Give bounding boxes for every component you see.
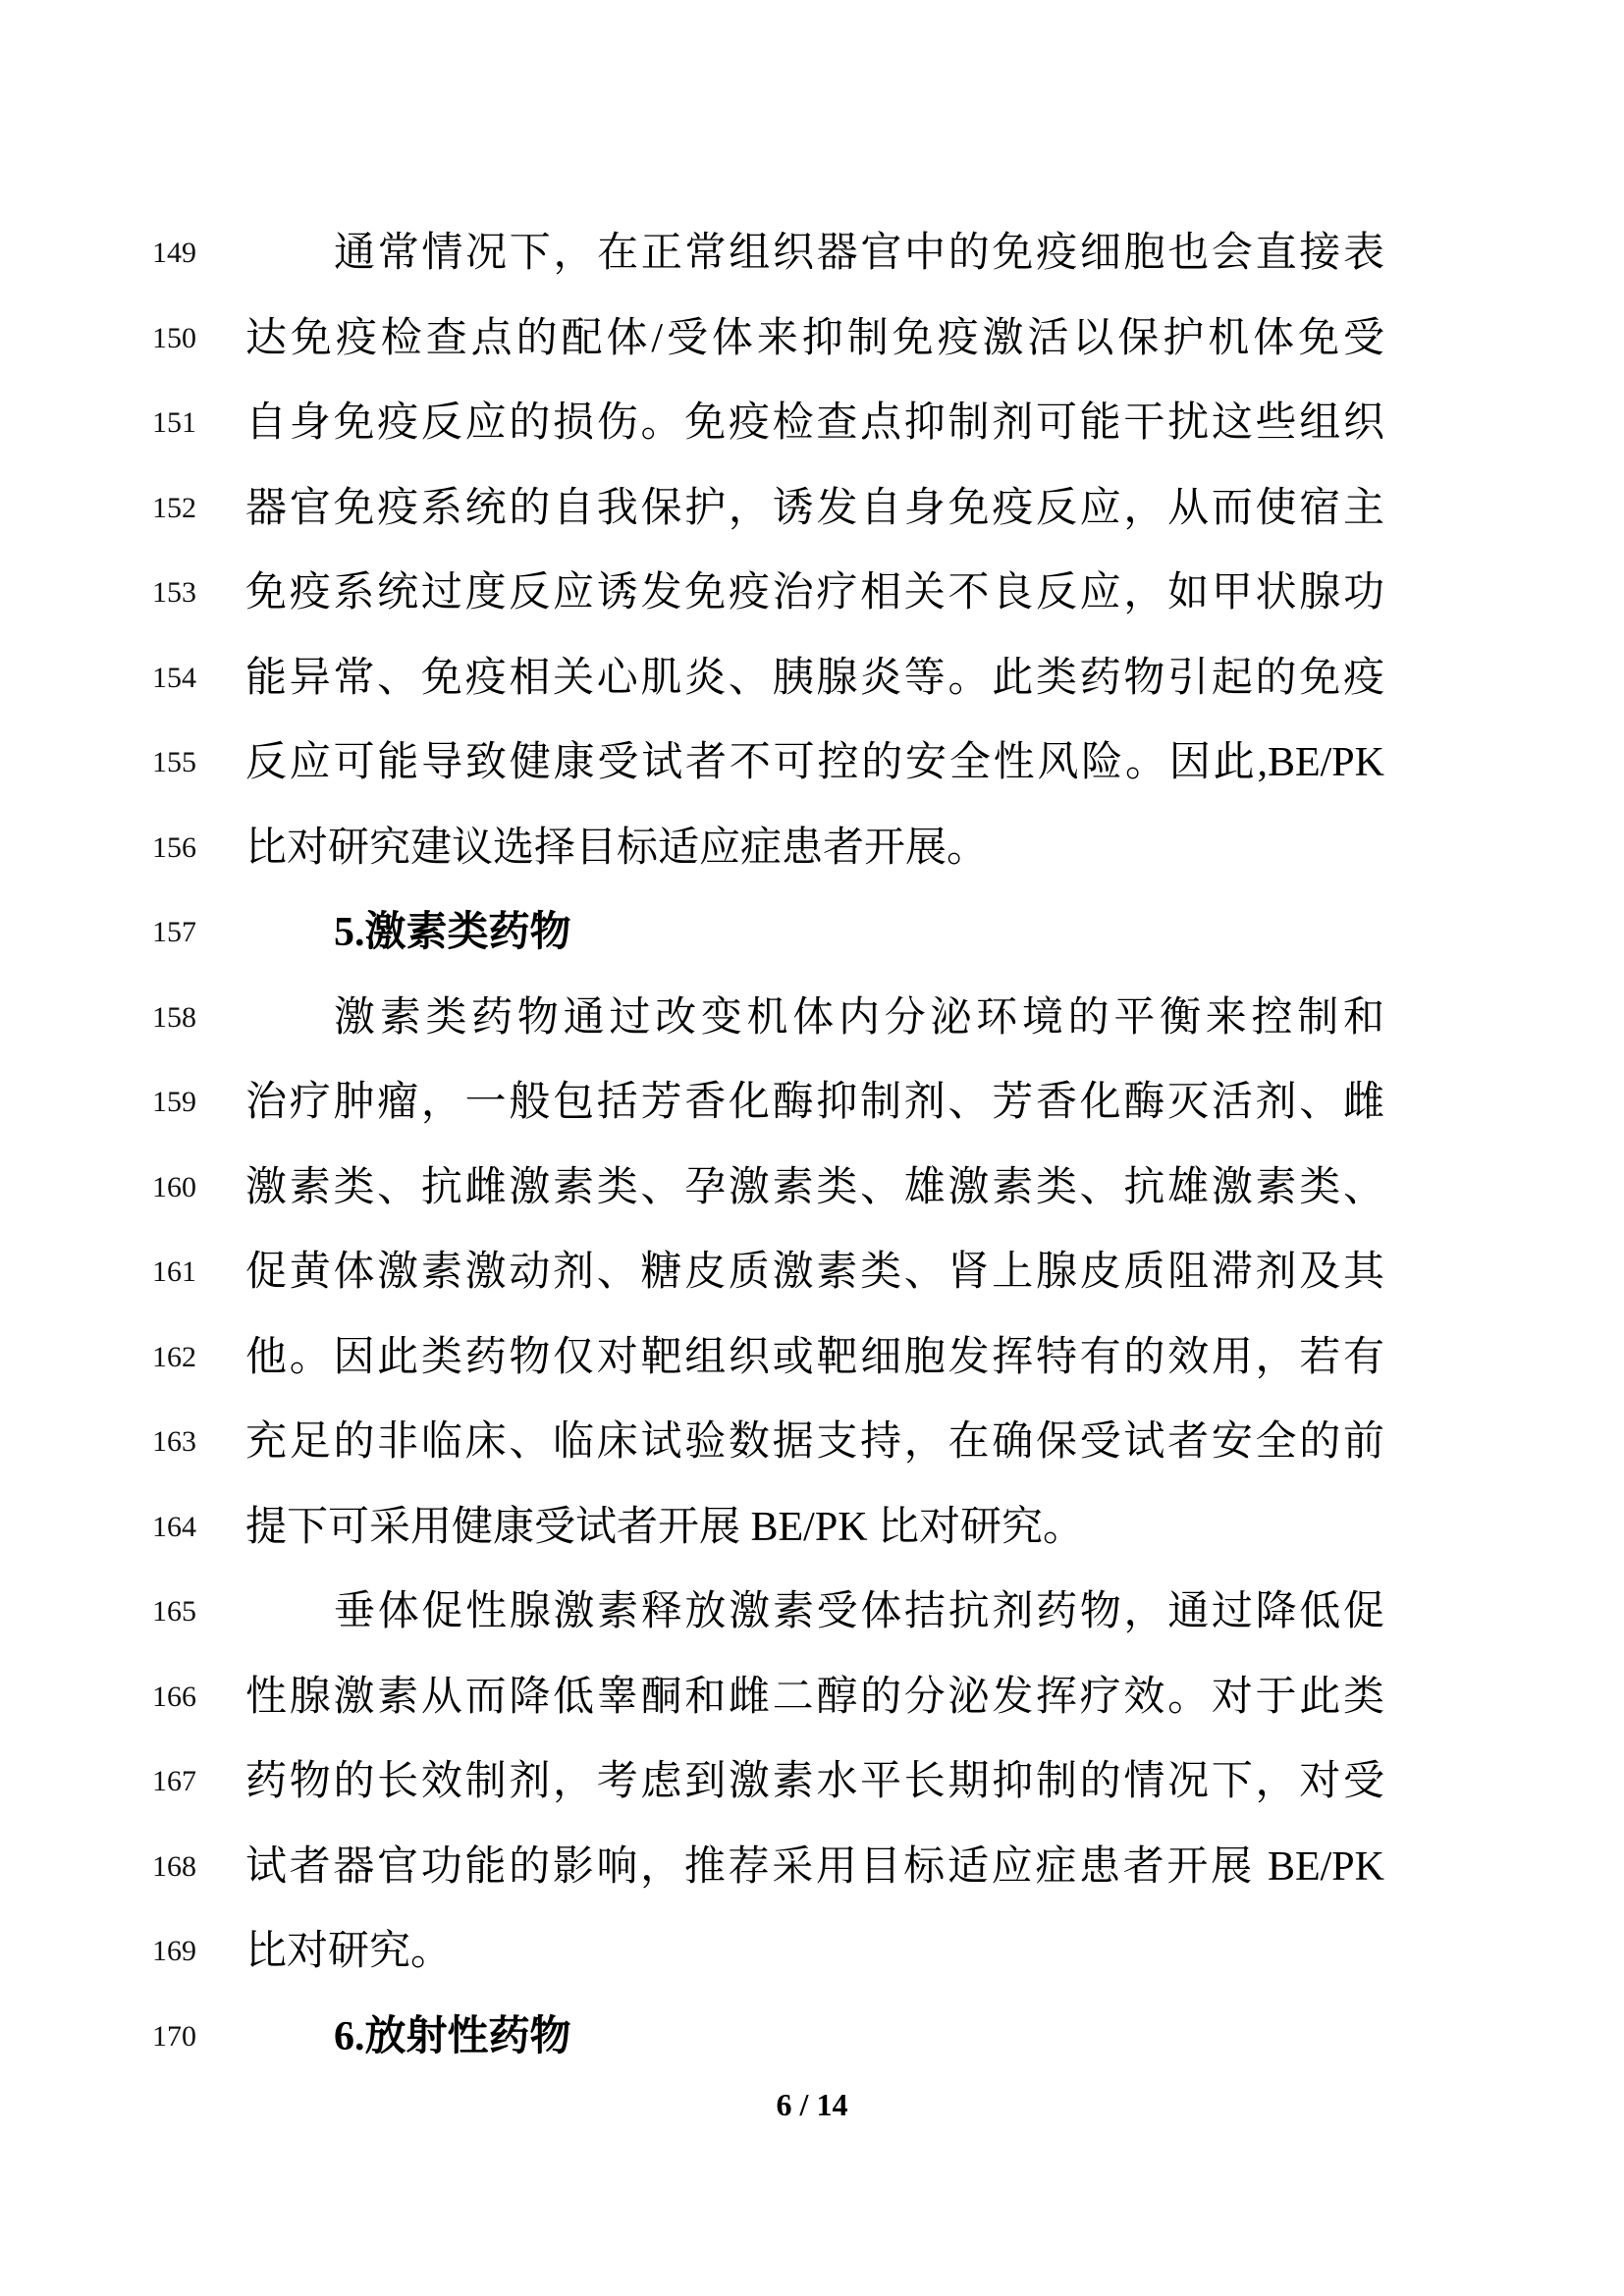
text-line: 164 提下可采用健康受试者开展 BE/PK 比对研究。 [0,1485,1624,1571]
line-text: 比对研究建议选择目标适应症患者开展。 [245,806,1384,891]
text-line: 159 治疗肿瘤，一般包括芳香化酶抑制剂、芳香化酶灭活剂、雌 [0,1060,1624,1146]
line-text: 激素类、抗雌激素类、孕激素类、雄激素类、抗雄激素类、 [245,1146,1384,1231]
line-text: 激素类药物通过改变机体内分泌环境的平衡来控制和 [245,976,1384,1061]
line-text: 达免疫检查点的配体/受体来抑制免疫激活以保护机体免受 [245,296,1384,382]
line-text: 试者器官功能的影响，推荐采用目标适应症患者开展 BE/PK [245,1825,1384,1910]
line-number: 170 [152,1995,245,2080]
line-number: 152 [152,466,245,552]
line-text: 能异常、免疫相关心肌炎、胰腺炎等。此类药物引起的免疫 [245,636,1384,721]
line-number: 163 [152,1400,245,1485]
line-text: 器官免疫系统的自我保护，诱发自身免疫反应，从而使宿主 [245,466,1384,552]
line-text: 免疫系统过度反应诱发免疫治疗相关不良反应，如甲状腺功 [245,551,1384,636]
text-line: 162 他。因此类药物仅对靶组织或靶细胞发挥特有的效用，若有 [0,1315,1624,1401]
section-heading: 6.放射性药物 [245,1995,1384,2080]
text-lines-block: 149 通常情况下，在正常组织器官中的免疫细胞也会直接表 150 达免疫检查点的… [0,211,1624,2079]
text-line: 161 促黄体激素激动剂、糖皮质激素类、肾上腺皮质阻滞剂及其 [0,1230,1624,1315]
text-line: 150 达免疫检查点的配体/受体来抑制免疫激活以保护机体免受 [0,296,1624,382]
line-text: 性腺激素从而降低睾酮和雌二醇的分泌发挥疗效。对于此类 [245,1655,1384,1740]
page-number: 6 / 14 [0,2087,1624,2123]
text-line: 153 免疫系统过度反应诱发免疫治疗相关不良反应，如甲状腺功 [0,551,1624,636]
line-text: 通常情况下，在正常组织器官中的免疫细胞也会直接表 [245,211,1384,296]
section-heading: 5.激素类药物 [245,890,1384,976]
line-number: 149 [152,211,245,296]
line-number: 165 [152,1570,245,1655]
line-text: 充足的非临床、临床试验数据支持，在确保受试者安全的前 [245,1400,1384,1485]
line-number: 150 [152,296,245,382]
line-number: 168 [152,1825,245,1910]
line-number: 157 [152,890,245,976]
section-heading-line: 157 5.激素类药物 [0,890,1624,976]
line-text: 提下可采用健康受试者开展 BE/PK 比对研究。 [245,1485,1384,1571]
line-number: 167 [152,1739,245,1825]
line-number: 159 [152,1060,245,1146]
line-number: 162 [152,1315,245,1401]
line-number: 169 [152,1909,245,1995]
text-line: 152 器官免疫系统的自我保护，诱发自身免疫反应，从而使宿主 [0,466,1624,552]
text-line: 158 激素类药物通过改变机体内分泌环境的平衡来控制和 [0,976,1624,1061]
line-number: 153 [152,551,245,636]
line-text: 药物的长效制剂，考虑到激素水平长期抑制的情况下，对受 [245,1739,1384,1825]
text-line: 163 充足的非临床、临床试验数据支持，在确保受试者安全的前 [0,1400,1624,1485]
section-heading-line: 170 6.放射性药物 [0,1995,1624,2080]
line-number: 155 [152,721,245,806]
line-number: 160 [152,1146,245,1231]
document-page: 149 通常情况下，在正常组织器官中的免疫细胞也会直接表 150 达免疫检查点的… [0,0,1624,2296]
line-number: 158 [152,976,245,1061]
text-line: 167 药物的长效制剂，考虑到激素水平长期抑制的情况下，对受 [0,1739,1624,1825]
text-line: 156 比对研究建议选择目标适应症患者开展。 [0,806,1624,891]
text-line: 155 反应可能导致健康受试者不可控的安全性风险。因此,BE/PK [0,721,1624,806]
line-text: 促黄体激素激动剂、糖皮质激素类、肾上腺皮质阻滞剂及其 [245,1230,1384,1315]
text-line: 151 自身免疫反应的损伤。免疫检查点抑制剂可能干扰这些组织 [0,381,1624,466]
line-text: 垂体促性腺激素释放激素受体拮抗剂药物，通过降低促 [245,1570,1384,1655]
text-line: 149 通常情况下，在正常组织器官中的免疫细胞也会直接表 [0,211,1624,296]
text-line: 168 试者器官功能的影响，推荐采用目标适应症患者开展 BE/PK [0,1825,1624,1910]
text-line: 169 比对研究。 [0,1909,1624,1995]
line-number: 164 [152,1485,245,1571]
line-text: 他。因此类药物仅对靶组织或靶细胞发挥特有的效用，若有 [245,1315,1384,1401]
text-line: 165 垂体促性腺激素释放激素受体拮抗剂药物，通过降低促 [0,1570,1624,1655]
line-text: 治疗肿瘤，一般包括芳香化酶抑制剂、芳香化酶灭活剂、雌 [245,1060,1384,1146]
line-number: 154 [152,636,245,721]
line-number: 151 [152,381,245,466]
line-number: 166 [152,1655,245,1740]
text-line: 160 激素类、抗雌激素类、孕激素类、雄激素类、抗雄激素类、 [0,1146,1624,1231]
line-text: 自身免疫反应的损伤。免疫检查点抑制剂可能干扰这些组织 [245,381,1384,466]
line-text: 反应可能导致健康受试者不可控的安全性风险。因此,BE/PK [245,721,1384,806]
text-line: 154 能异常、免疫相关心肌炎、胰腺炎等。此类药物引起的免疫 [0,636,1624,721]
text-line: 166 性腺激素从而降低睾酮和雌二醇的分泌发挥疗效。对于此类 [0,1655,1624,1740]
line-number: 161 [152,1230,245,1315]
line-text: 比对研究。 [245,1909,1384,1995]
line-number: 156 [152,806,245,891]
